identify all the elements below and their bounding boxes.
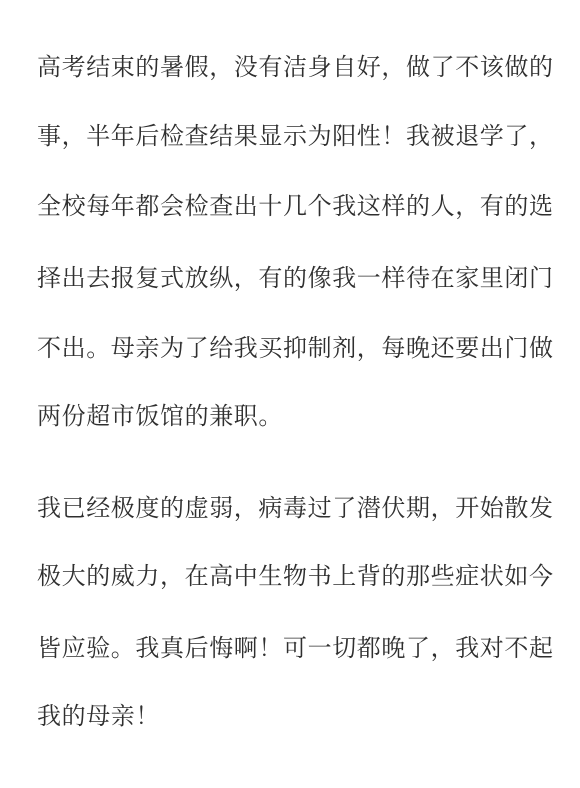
text-line: 择出去报复式放纵，有的像我一样待在家里闭门 bbox=[37, 263, 554, 293]
text-line: 我已经极度的虚弱，病毒过了潜伏期，开始散发 bbox=[37, 493, 554, 523]
text-line: 皆应验。我真后悔啊！可一切都晚了，我对不起 bbox=[37, 633, 554, 663]
text-line: 极大的威力，在高中生物书上背的那些症状如今 bbox=[37, 561, 554, 591]
text-line: 全校每年都会检查出十几个我这样的人，有的选 bbox=[37, 191, 554, 221]
text-line: 不出。母亲为了给我买抑制剂，每晚还要出门做 bbox=[37, 333, 554, 363]
text-line: 两份超市饭馆的兼职。 bbox=[37, 401, 283, 431]
text-line: 事，半年后检查结果显示为阳性！我被退学了， bbox=[37, 121, 554, 151]
text-line: 我的母亲！ bbox=[37, 701, 160, 731]
text-line: 高考结束的暑假，没有洁身自好，做了不该做的 bbox=[37, 52, 554, 82]
